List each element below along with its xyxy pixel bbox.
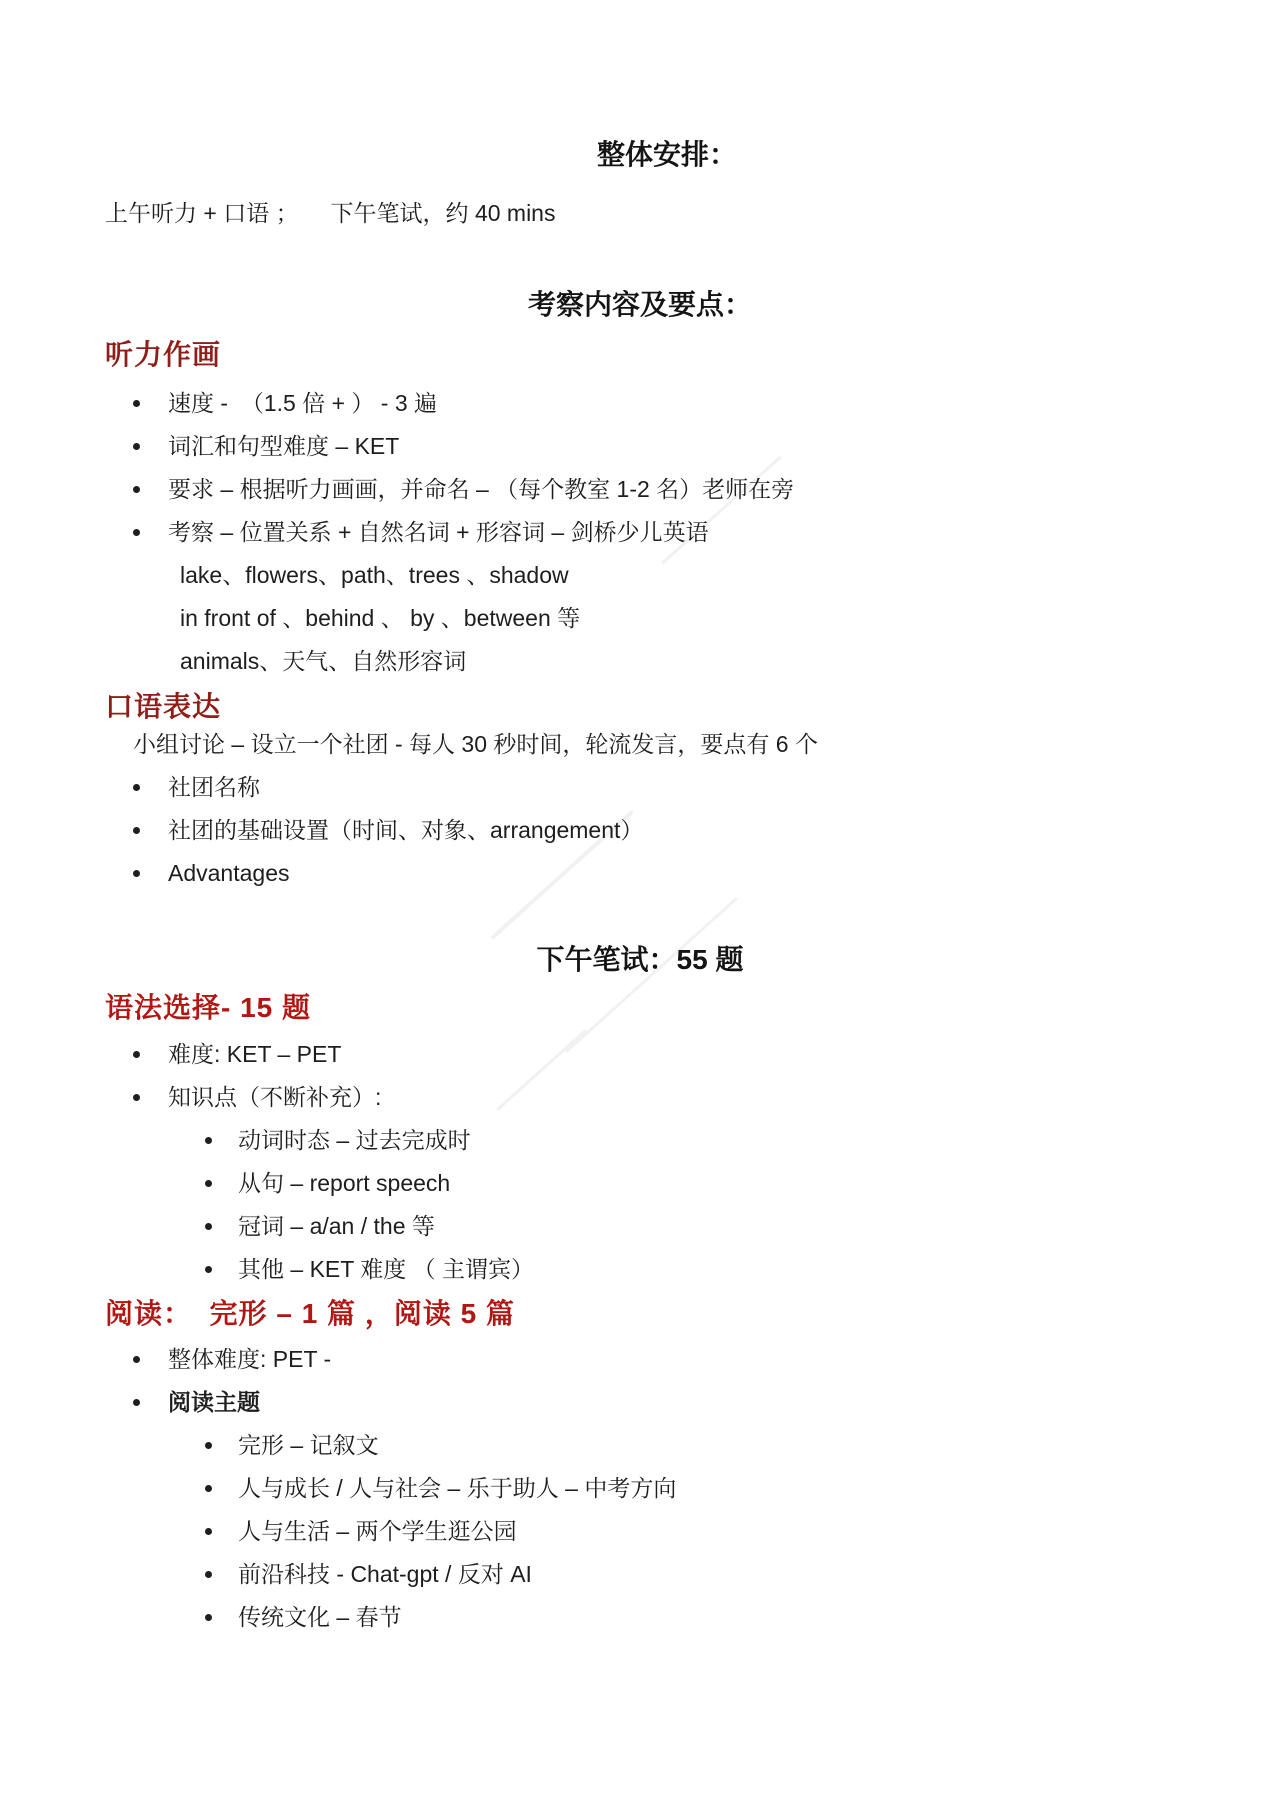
list-item-text: 前沿科技 - Chat-gpt / 反对 AI [238,1559,532,1589]
bullet-icon [133,784,140,791]
list-item-text: 传统文化 – 春节 [238,1602,402,1632]
list-item: 人与生活 – 两个学生逛公园 [105,1516,1175,1546]
list-item: 要求 – 根据听力画画，并命名 – （每个教室 1-2 名）老师在旁 [105,474,1175,504]
preposition-example-line: in front of 、behind 、 by 、between 等 [105,603,1175,633]
list-item-text: 难度: KET – PET [168,1039,341,1069]
bullet-icon [133,529,140,536]
list-item-text: 整体难度: PET - [168,1344,331,1374]
vocabulary-example-line: lake、flowers、path、trees 、shadow [105,560,1175,590]
list-item-text: 速度 - （1.5 倍 + ） - 3 遍 [168,388,437,418]
bullet-icon [133,1051,140,1058]
bullet-icon [205,1614,212,1621]
list-item-text: 人与成长 / 人与社会 – 乐于助人 – 中考方向 [238,1473,676,1503]
list-item-text: 人与生活 – 两个学生逛公园 [238,1516,517,1546]
bullet-icon [133,1399,140,1406]
list-item: 完形 – 记叙文 [105,1430,1175,1460]
list-item: 知识点（不断补充）: [105,1082,1175,1112]
list-item: 其他 – KET 难度 （ 主谓宾） [105,1254,1175,1284]
list-item: 人与成长 / 人与社会 – 乐于助人 – 中考方向 [105,1473,1175,1503]
bullet-icon [205,1485,212,1492]
grammar-choice-heading: 语法选择- 15 题 [105,991,1175,1025]
list-item: 社团名称 [105,772,1175,802]
list-item-text: 动词时态 – 过去完成时 [238,1125,471,1155]
list-item: 词汇和句型难度 – KET [105,431,1175,461]
bullet-icon [205,1137,212,1144]
list-item-text: 社团名称 [168,772,260,802]
list-item: 传统文化 – 春节 [105,1602,1175,1632]
list-item-text: 其他 – KET 难度 （ 主谓宾） [238,1254,534,1284]
list-item-text: 冠词 – a/an / the 等 [238,1211,435,1241]
bullet-icon [133,1356,140,1363]
adjective-example-line: animals、天气、自然形容词 [105,646,1175,676]
bullet-icon [205,1442,212,1449]
bullet-icon [205,1223,212,1230]
list-item-text: 从句 – report speech [238,1168,450,1198]
list-item: 阅读主题 [105,1387,1175,1417]
speaking-heading: 口语表达 [105,690,1175,724]
list-item: Advantages [105,858,1175,888]
list-item: 整体难度: PET - [105,1344,1175,1374]
document-content: 整体安排： 上午听力 + 口语 ； 下午笔试，约 40 mins 考察内容及要点… [105,138,1175,1645]
bullet-icon [205,1528,212,1535]
list-item-text: 完形 – 记叙文 [238,1430,379,1460]
list-item: 社团的基础设置（时间、对象、arrangement） [105,815,1175,845]
bullet-icon [133,827,140,834]
speaking-intro-line: 小组讨论 – 设立一个社团 - 每人 30 秒时间，轮流发言，要点有 6 个 [105,729,1175,759]
bullet-icon [205,1266,212,1273]
reading-heading: 阅读： 完形 – 1 篇 ，阅读 5 篇 [105,1297,1175,1331]
list-item-text: 要求 – 根据听力画画，并命名 – （每个教室 1-2 名）老师在旁 [168,474,794,504]
list-item: 从句 – report speech [105,1168,1175,1198]
list-item-text: Advantages [168,858,289,888]
listening-drawing-heading: 听力作画 [105,338,1175,372]
list-item: 冠词 – a/an / the 等 [105,1211,1175,1241]
written-test-title: 下午笔试：55 题 [105,943,1175,977]
list-item: 速度 - （1.5 倍 + ） - 3 遍 [105,388,1175,418]
list-item: 考察 – 位置关系 + 自然名词 + 形容词 – 剑桥少儿英语 [105,517,1175,547]
bullet-icon [133,870,140,877]
document-page: 整体安排： 上午听力 + 口语 ； 下午笔试，约 40 mins 考察内容及要点… [0,0,1280,1809]
list-item-text: 社团的基础设置（时间、对象、arrangement） [168,815,643,845]
list-item: 前沿科技 - Chat-gpt / 反对 AI [105,1559,1175,1589]
list-item: 动词时态 – 过去完成时 [105,1125,1175,1155]
bullet-icon [205,1180,212,1187]
exam-content-title: 考察内容及要点： [105,288,1175,322]
list-item-text: 知识点（不断补充）: [168,1082,381,1112]
list-item: 难度: KET – PET [105,1039,1175,1069]
overall-arrangement-line: 上午听力 + 口语 ； 下午笔试，约 40 mins [105,198,1175,228]
overall-arrangement-title: 整体安排： [132,138,1202,172]
bullet-icon [133,486,140,493]
bullet-icon [133,443,140,450]
list-item-text: 词汇和句型难度 – KET [168,431,399,461]
bullet-icon [205,1571,212,1578]
bullet-icon [133,1094,140,1101]
reading-topics-label: 阅读主题 [168,1387,260,1417]
bullet-icon [133,400,140,407]
list-item-text: 考察 – 位置关系 + 自然名词 + 形容词 – 剑桥少儿英语 [168,517,709,547]
